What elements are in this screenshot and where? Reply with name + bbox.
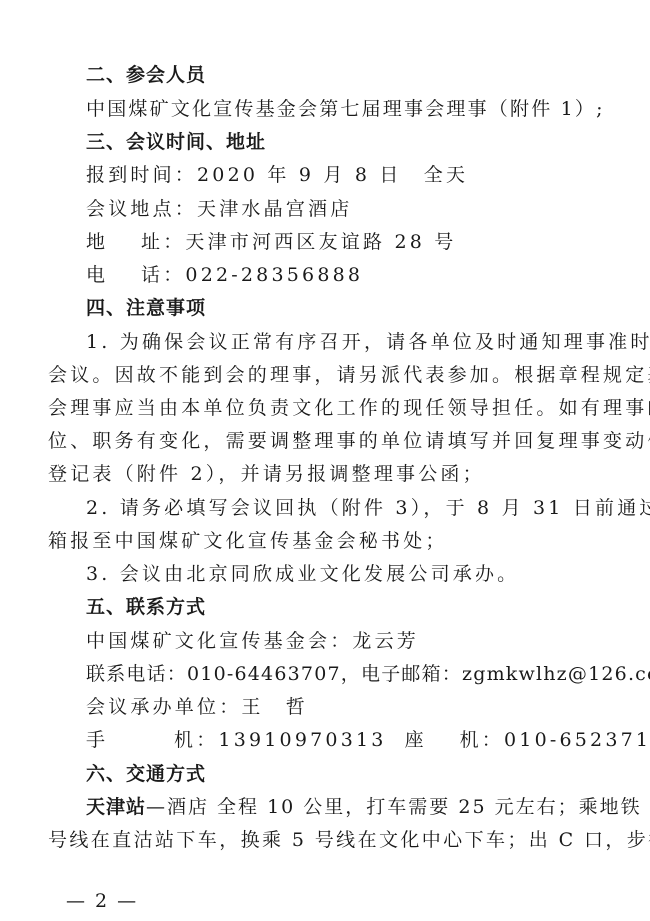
mobile-label-2: 机： (174, 729, 218, 751)
note1-line3: 会理事应当由本单位负责文化工作的现任领导担任。如有理事的单 (48, 395, 604, 421)
note1-line5: 登记表（附件 2），并请另报调整理事公函； (48, 461, 604, 487)
contact-org-line: 中国煤矿文化宣传基金会：龙云芳 (86, 628, 604, 654)
venue-label: 会议地点： (86, 198, 197, 220)
phone-value: 022-28356888 (185, 264, 363, 286)
landline-label-1: 座 (405, 727, 460, 753)
report-time-row: 报到时间：2020 年 9 月 8 日 全天 (86, 162, 604, 188)
route-line1-rest: —酒店 全程 10 公里，打车需要 25 元左右；乘地铁 9 (146, 796, 650, 818)
address-value: 天津市河西区友谊路 28 号 (185, 231, 456, 253)
note1-line1: 1. 为确保会议正常有序召开，请各单位及时通知理事准时参加 (86, 329, 604, 355)
address-label-2: 址： (141, 231, 185, 253)
phone-label-2: 话： (141, 264, 185, 286)
note2-line2: 箱报至中国煤矿文化宣传基金会秘书处； (48, 528, 604, 554)
section-heading-transport: 六、交通方式 (86, 761, 604, 787)
section-heading-attendees: 二、参会人员 (86, 62, 604, 88)
document-page: 二、参会人员 中国煤矿文化宣传基金会第七届理事会理事（附件 1）; 三、会议时间… (0, 0, 650, 921)
section-heading-notes: 四、注意事项 (86, 295, 604, 321)
report-time-value: 2020 年 9 月 8 日 全天 (197, 164, 468, 186)
note1-line4: 位、职务有变化，需要调整理事的单位请填写并回复理事变动信息 (48, 428, 604, 454)
phone-row: 电话：022-28356888 (86, 262, 604, 288)
phone-label-1: 电 (86, 262, 141, 288)
section-heading-contact: 五、联系方式 (86, 594, 604, 620)
route-line1: 天津站—酒店 全程 10 公里，打车需要 25 元左右；乘地铁 9 (86, 794, 604, 820)
mobile-landline-row: 手机：13910970313座机：010-65237123 (86, 727, 604, 753)
attendees-text: 中国煤矿文化宣传基金会第七届理事会理事（附件 1）; (86, 96, 604, 122)
address-row: 地址：天津市河西区友谊路 28 号 (86, 229, 604, 255)
page-number: — 2 — (66, 888, 138, 914)
venue-row: 会议地点：天津水晶宫酒店 (86, 196, 604, 222)
venue-value: 天津水晶宫酒店 (197, 198, 352, 220)
mobile-value: 13910970313 (218, 729, 386, 751)
section-heading-time-location: 三、会议时间、地址 (86, 129, 604, 155)
contact-phone-email-line: 联系电话：010-64463707，电子邮箱：zgmkwlhz@126.com (86, 661, 604, 687)
note3-line: 3. 会议由北京同欣成业文化发展公司承办。 (86, 561, 604, 587)
report-time-label: 报到时间： (86, 164, 197, 186)
address-label-1: 地 (86, 229, 141, 255)
mobile-label-1: 手 (86, 727, 174, 753)
route-line2: 号线在直沽站下车，换乘 5 号线在文化中心下车；出 C 口，步行 (48, 827, 604, 853)
note2-line1: 2. 请务必填写会议回执（附件 3），于 8 月 31 日前通过电子邮 (86, 495, 604, 521)
organizer-line: 会议承办单位：王 哲 (86, 694, 604, 720)
route-station: 天津站 (86, 796, 146, 818)
landline-label-2: 机： (460, 729, 504, 751)
note1-line2: 会议。因故不能到会的理事，请另派代表参加。根据章程规定基金 (48, 362, 604, 388)
landline-value: 010-65237123 (504, 729, 650, 751)
